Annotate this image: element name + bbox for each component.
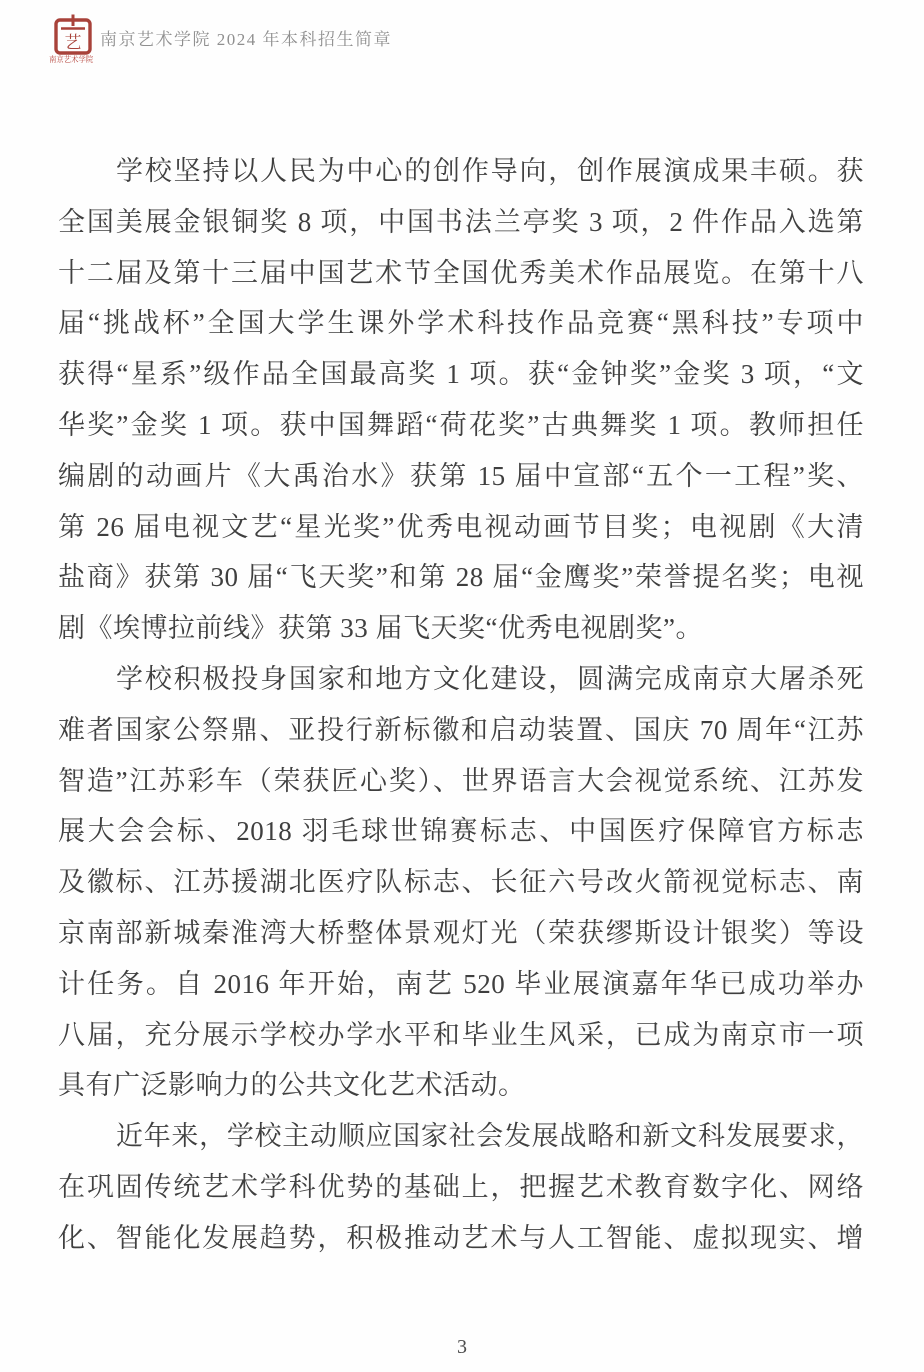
text-line: 学校坚持以人民为中心的创作导向，创作展演成果丰硕。获 xyxy=(58,146,864,197)
text-line: 编剧的动画片《大禹治水》获第 15 届中宣部“五个一工程”奖、 xyxy=(58,451,864,502)
paragraph: 学校坚持以人民为中心的创作导向，创作展演成果丰硕。获全国美展金银铜奖 8 项，中… xyxy=(58,146,864,654)
text-line: 华奖”金奖 1 项。获中国舞蹈“荷花奖”古典舞奖 1 项。教师担任 xyxy=(58,400,864,451)
text-line: 盐商》获第 30 届“飞天奖”和第 28 届“金鹰奖”荣誉提名奖；电视 xyxy=(58,552,864,603)
text-line: 近年来，学校主动顺应国家社会发展战略和新文科发展要求， xyxy=(58,1111,864,1162)
text-line: 第 26 届电视文艺“星光奖”优秀电视动画节目奖；电视剧《大清 xyxy=(58,502,864,553)
text-line: 化、智能化发展趋势，积极推动艺术与人工智能、虚拟现实、增 xyxy=(58,1213,864,1264)
text-line: 具有广泛影响力的公共文化艺术活动。 xyxy=(58,1060,864,1111)
text-line: 届“挑战杯”全国大学生课外学术科技作品竞赛“黑科技”专项中 xyxy=(58,298,864,349)
text-line: 十二届及第十三届中国艺术节全国优秀美术作品展览。在第十八 xyxy=(58,248,864,299)
document-page: 艺 南京艺术学院 南京艺术学院 2024 年本科招生简章 学校坚持以人民为中心的… xyxy=(0,0,924,1372)
text-line: 全国美展金银铜奖 8 项，中国书法兰亭奖 3 项，2 件作品入选第 xyxy=(58,197,864,248)
text-line: 剧《埃博拉前线》获第 33 届飞天奖“优秀电视剧奖”。 xyxy=(58,603,864,654)
text-line: 计任务。自 2016 年开始，南艺 520 毕业展演嘉年华已成功举办 xyxy=(58,959,864,1010)
document-body: 学校坚持以人民为中心的创作导向，创作展演成果丰硕。获全国美展金银铜奖 8 项，中… xyxy=(58,146,864,1264)
svg-text:艺: 艺 xyxy=(65,33,82,53)
text-line: 及徽标、江苏援湖北医疗队标志、长征六号改火箭视觉标志、南 xyxy=(58,857,864,908)
text-line: 智造”江苏彩车（荣获匠心奖）、世界语言大会视觉系统、江苏发 xyxy=(58,756,864,807)
text-line: 在巩固传统艺术学科优势的基础上，把握艺术教育数字化、网络 xyxy=(58,1162,864,1213)
text-line: 获得“星系”级作品全国最高奖 1 项。获“金钟奖”金奖 3 项，“文 xyxy=(58,349,864,400)
page-header-title: 南京艺术学院 2024 年本科招生简章 xyxy=(100,30,392,50)
paragraph: 学校积极投身国家和地方文化建设，圆满完成南京大屠杀死难者国家公祭鼎、亚投行新标徽… xyxy=(58,654,864,1111)
nua-seal-icon: 艺 xyxy=(51,13,95,57)
text-line: 京南部新城秦淮湾大桥整体景观灯光（荣获缪斯设计银奖）等设 xyxy=(58,908,864,959)
paragraph: 近年来，学校主动顺应国家社会发展战略和新文科发展要求，在巩固传统艺术学科优势的基… xyxy=(58,1111,864,1263)
text-line: 八届，充分展示学校办学水平和毕业生风采，已成为南京市一项 xyxy=(58,1010,864,1061)
text-line: 难者国家公祭鼎、亚投行新标徽和启动装置、国庆 70 周年“江苏 xyxy=(58,705,864,756)
text-line: 展大会会标、2018 羽毛球世锦赛标志、中国医疗保障官方标志 xyxy=(58,806,864,857)
text-line: 学校积极投身国家和地方文化建设，圆满完成南京大屠杀死 xyxy=(58,654,864,705)
page-number: 3 xyxy=(0,1336,924,1359)
seal-calligraphy-text: 南京艺术学院 xyxy=(49,54,93,65)
